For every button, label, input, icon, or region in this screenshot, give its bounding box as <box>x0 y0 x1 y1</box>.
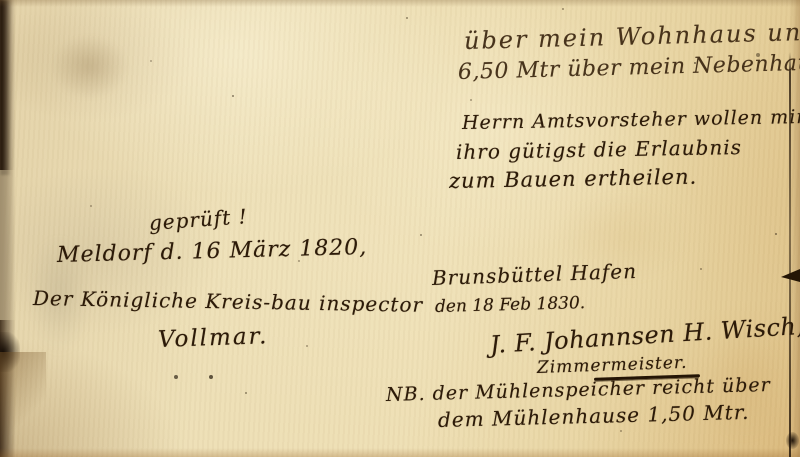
approval-place-date: Meldorf d. 16 März 1820, <box>57 235 368 268</box>
top-edge-shadow <box>0 0 800 7</box>
approval-checked-note: geprüft ! <box>148 204 248 235</box>
burnt-left-edge-top <box>0 0 11 175</box>
petition-place: Brunsbüttel Hafen <box>432 259 638 290</box>
approval-signature: Vollmar. <box>158 323 269 353</box>
burnt-left-edge-fade <box>0 170 22 320</box>
petition-date: den 18 Feb 1830. <box>435 293 586 317</box>
paper-speckles <box>0 0 2 2</box>
petition-profession: Zimmermeister. <box>537 353 688 378</box>
approval-office-title: Der Königliche Kreis-bau inspector <box>33 286 423 317</box>
request-line-3: zum Bauen ertheilen. <box>449 165 698 193</box>
request-line-2: ihro gütigst die Erlaubnis <box>456 135 742 164</box>
manuscript-page: über mein Wohnhaus und 6,50 Mtr über mei… <box>0 0 800 457</box>
height-note-line-2: 6,50 Mtr über mein Nebenhaus <box>458 50 800 85</box>
ink-blot-bottom-right <box>786 432 799 449</box>
paper-stain <box>52 36 127 98</box>
bottom-left-corner-stain <box>0 352 46 457</box>
height-note-line-1: über mein Wohnhaus und <box>464 18 800 55</box>
bottom-edge-shadow <box>0 448 800 457</box>
nota-bene-line-2: dem Mühlenhause 1,50 Mtr. <box>438 400 750 432</box>
request-line-1: Herrn Amtsvorsteher wollen mir <box>462 106 800 134</box>
